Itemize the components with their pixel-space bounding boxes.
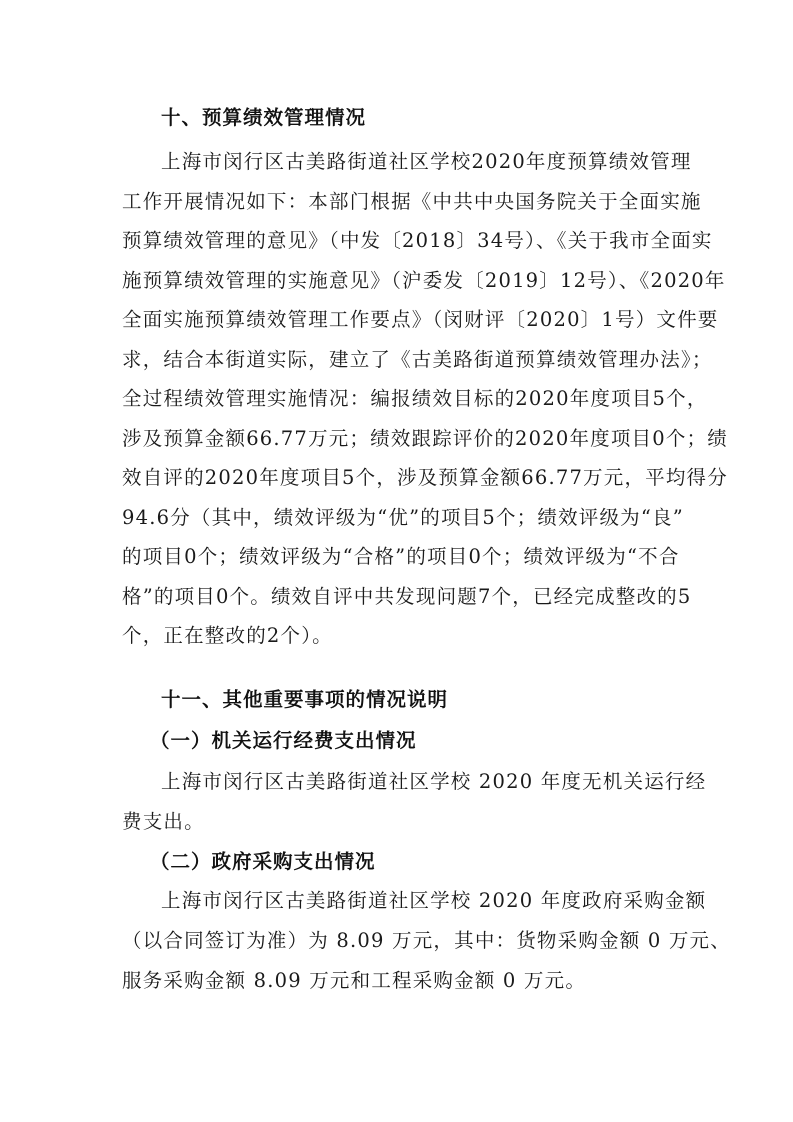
section-heading-other-matters: 十一、其他重要事项的情况说明 <box>161 686 448 714</box>
paragraph-line: 全面实施预算绩效管理工作要点》（闵财评〔2020〕1号）文件要 <box>122 306 674 334</box>
subsection-heading-operating-expenses: （一）机关运行经费支出情况 <box>150 727 417 755</box>
paragraph-line: 施预算绩效管理的实施意见》（沪委发〔2019〕12号）、《2020年 <box>122 267 674 295</box>
paragraph-line: 上海市闵行区古美路街道社区学校2020年度预算绩效管理 <box>161 148 674 176</box>
document-page: 十、预算绩效管理情况 上海市闵行区古美路街道社区学校2020年度预算绩效管理 工… <box>0 0 793 1122</box>
section-heading-budget-performance: 十、预算绩效管理情况 <box>161 104 366 132</box>
paragraph-line: 个，正在整改的2个）。 <box>122 622 674 650</box>
paragraph-line: 全过程绩效管理实施情况：编报绩效目标的2020年度项目5个， <box>122 385 674 413</box>
paragraph-line: （以合同签订为准）为 8.09 万元，其中：货物采购金额 0 万元、 <box>122 927 674 955</box>
subsection-heading-government-procurement: （二）政府采购支出情况 <box>150 848 376 876</box>
paragraph-line: 求，结合本街道实际，建立了《古美路街道预算绩效管理办法》； <box>122 346 674 374</box>
paragraph-line: 上海市闵行区古美路街道社区学校 2020 年度政府采购金额 <box>161 887 674 915</box>
paragraph-line: 工作开展情况如下：本部门根据《中共中央国务院关于全面实施 <box>122 188 674 216</box>
paragraph-line: 效自评的2020年度项目5个，涉及预算金额66.77万元，平均得分 <box>122 464 674 492</box>
paragraph-line: 94.6分（其中，绩效评级为“优”的项目5个；绩效评级为“良” <box>122 504 674 532</box>
paragraph-line: 服务采购金额 8.09 万元和工程采购金额 0 万元。 <box>122 967 674 995</box>
paragraph-line: 上海市闵行区古美路街道社区学校 2020 年度无机关运行经 <box>161 768 674 796</box>
paragraph-line: 涉及预算金额66.77万元；绩效跟踪评价的2020年度项目0个；绩 <box>122 425 674 453</box>
paragraph-line: 的项目0个；绩效评级为“合格”的项目0个；绩效评级为“不合 <box>122 543 674 571</box>
paragraph-line: 费支出。 <box>122 808 674 836</box>
paragraph-line: 预算绩效管理的意见》（中发〔2018〕34号）、《关于我市全面实 <box>122 227 674 255</box>
paragraph-line: 格”的项目0个。绩效自评中共发现问题7个，已经完成整改的5 <box>122 583 674 611</box>
